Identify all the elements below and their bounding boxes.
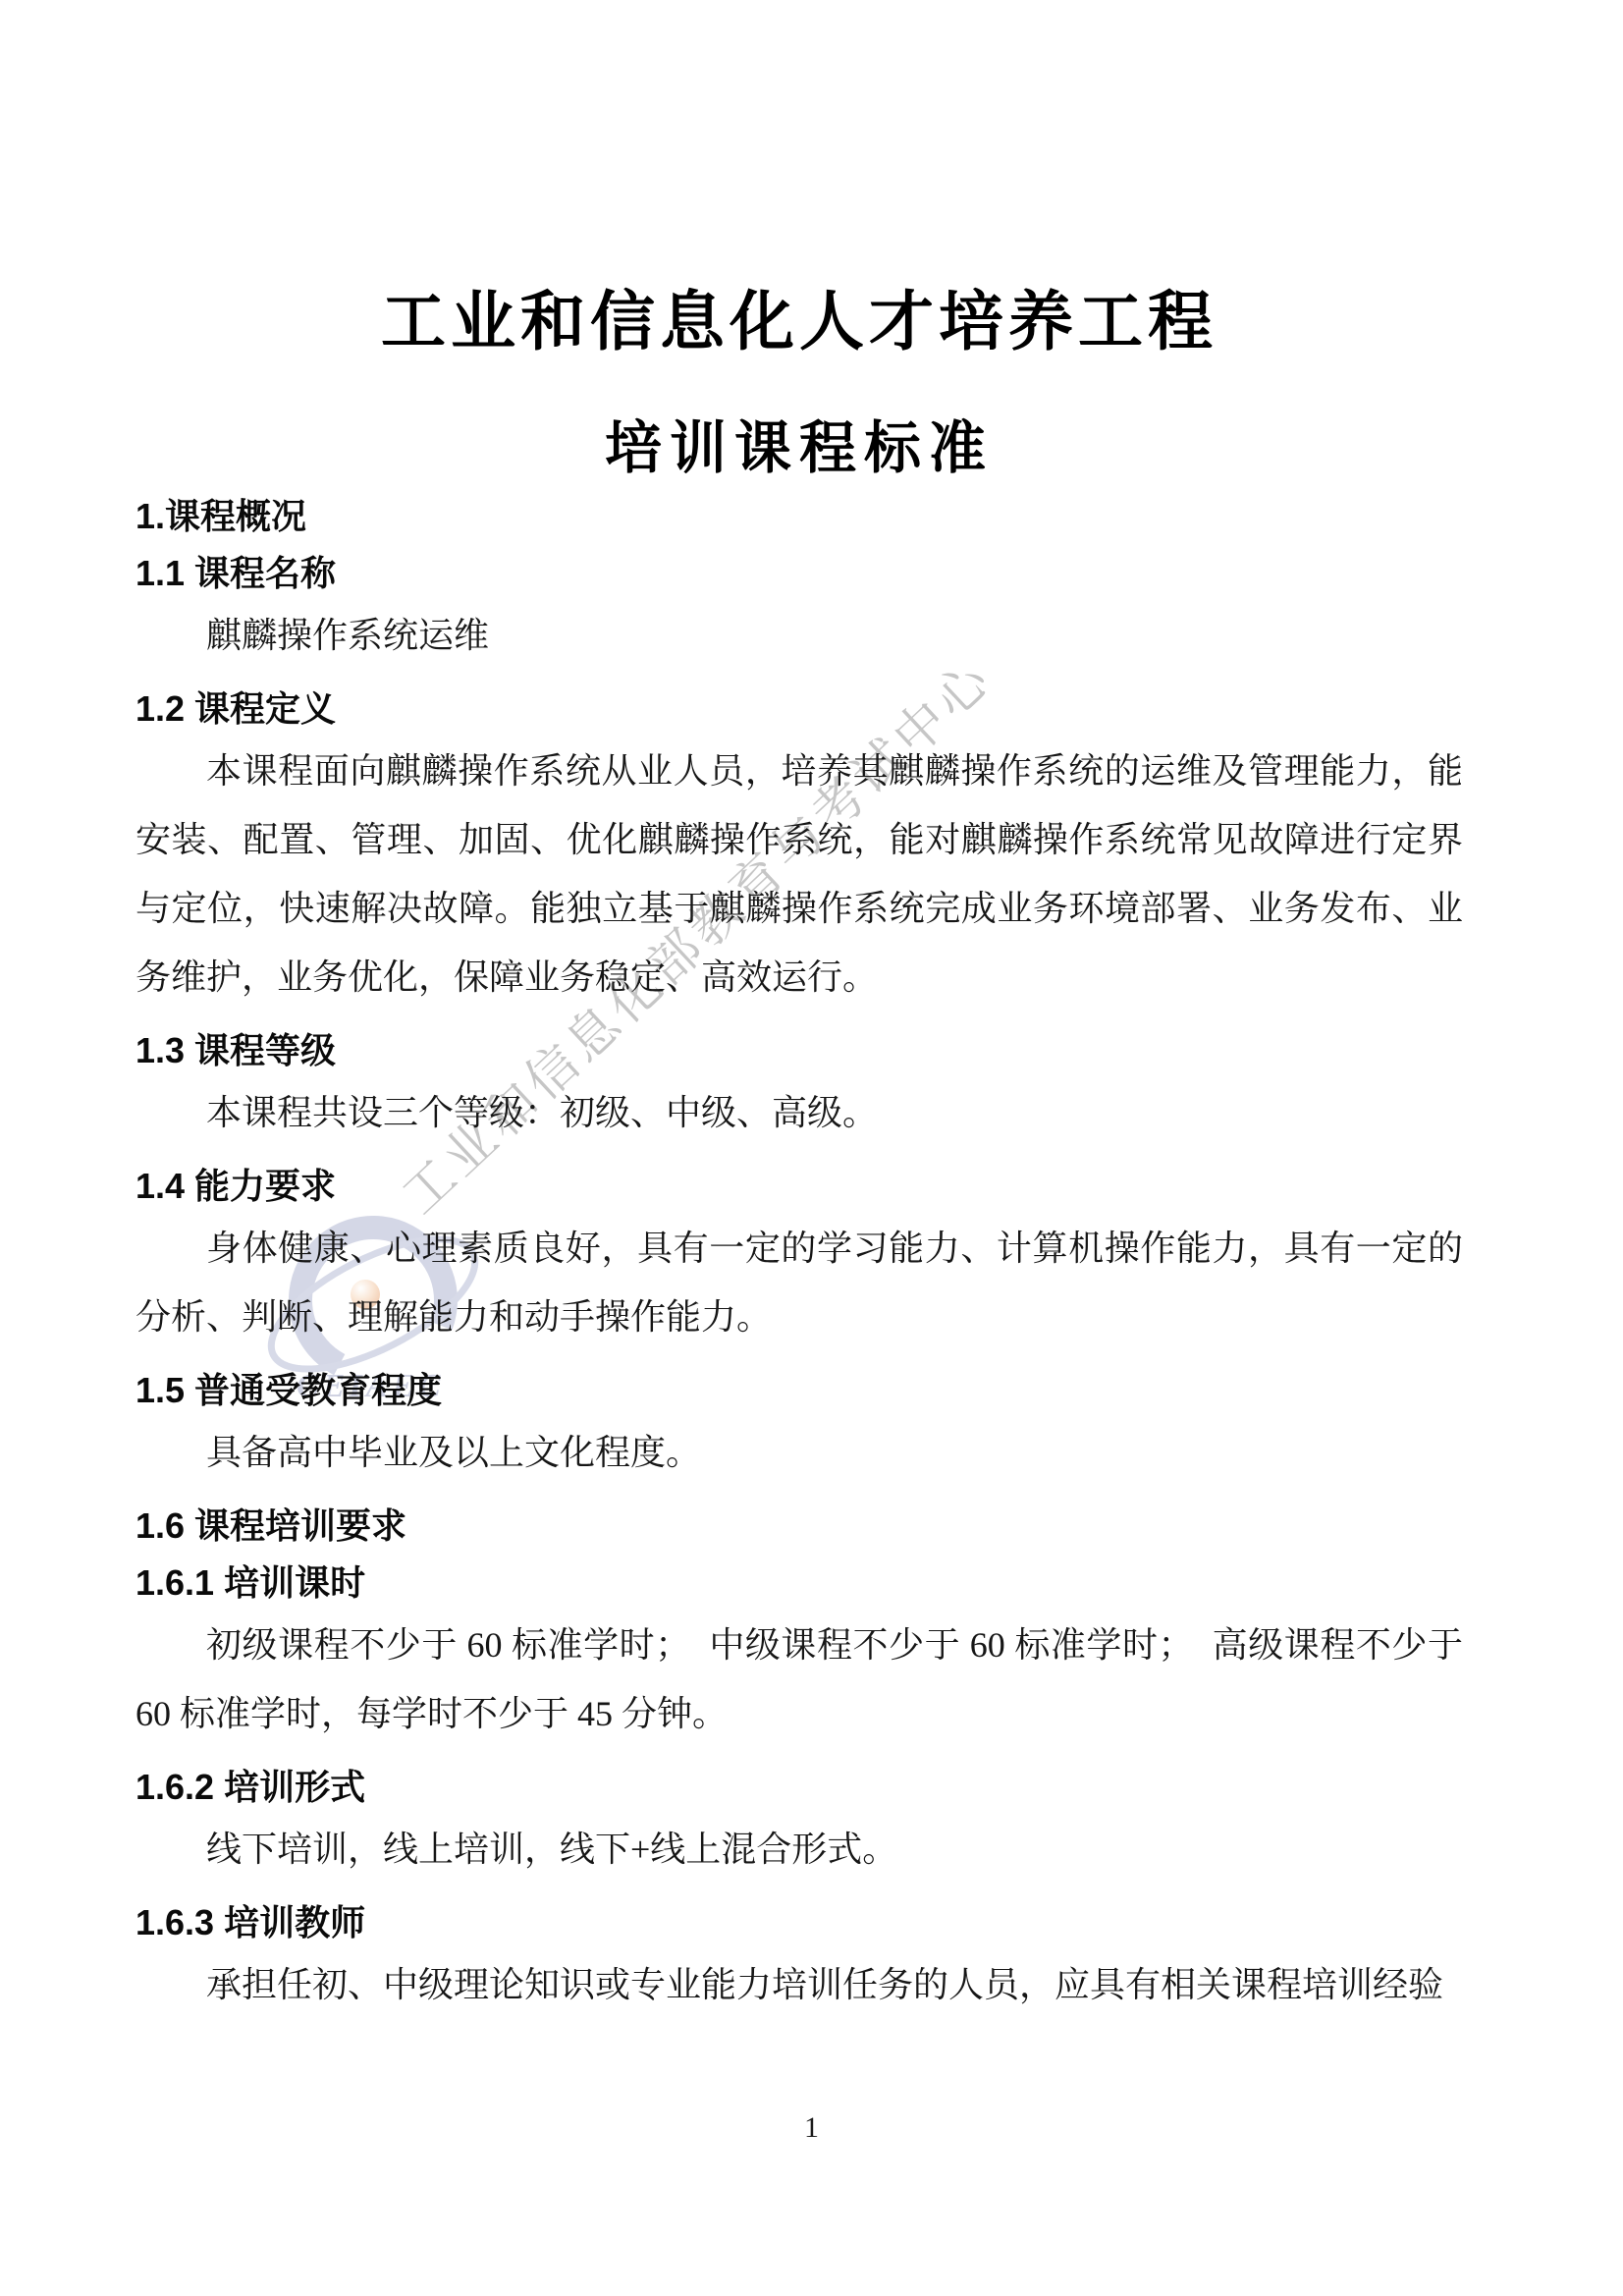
- section-heading: 1.6 课程培训要求: [135, 1508, 1463, 1544]
- section-heading: 1.6.1 培训课时: [135, 1565, 1463, 1601]
- section-heading: 1.6.3 培训教师: [135, 1905, 1463, 1941]
- section-heading: 1.2 课程定义: [135, 691, 1463, 727]
- paragraph: 初级课程不少于 60 标准学时； 中级课程不少于 60 标准学时； 高级课程不少…: [135, 1611, 1463, 1748]
- section-heading: 1.3 课程等级: [135, 1033, 1463, 1068]
- paragraph: 具备高中毕业及以上文化程度。: [135, 1418, 1463, 1487]
- document-body: 1.课程概况1.1 课程名称麒麟操作系统运维1.2 课程定义本课程面向麒麟操作系…: [135, 499, 1463, 2019]
- section-heading: 1.课程概况: [135, 499, 1463, 534]
- section-heading: 1.5 普通受教育程度: [135, 1373, 1463, 1408]
- paragraph: 线下培训，线上培训，线下+线上混合形式。: [135, 1815, 1463, 1884]
- document-content: 工业和信息化人才培养工程 培训课程标准 1.课程概况1.1 课程名称麒麟操作系统…: [0, 0, 1623, 2019]
- paragraph: 身体健康、心理素质良好，具有一定的学习能力、计算机操作能力，具有一定的分析、判断…: [135, 1214, 1463, 1351]
- paragraph: 承担任初、中级理论知识或专业能力培训任务的人员，应具有相关课程培训经验: [135, 1950, 1463, 2019]
- paragraph: 本课程共设三个等级：初级、中级、高级。: [135, 1078, 1463, 1147]
- section-heading: 1.6.2 培训形式: [135, 1770, 1463, 1805]
- document-title: 工业和信息化人才培养工程: [135, 291, 1463, 355]
- document-subtitle: 培训课程标准: [135, 420, 1463, 477]
- paragraph: 本课程面向麒麟操作系统从业人员，培养其麒麟操作系统的运维及管理能力，能安装、配置…: [135, 737, 1463, 1011]
- section-heading: 1.4 能力要求: [135, 1169, 1463, 1204]
- page-number: 1: [804, 2111, 819, 2144]
- section-heading: 1.1 课程名称: [135, 556, 1463, 591]
- paragraph: 麒麟操作系统运维: [135, 601, 1463, 670]
- page-footer: 1: [0, 2113, 1623, 2143]
- document-page: CEIAEC 工业和信息化部教育与考试中心 工业和信息化人才培养工程 培训课程标…: [0, 0, 1623, 2296]
